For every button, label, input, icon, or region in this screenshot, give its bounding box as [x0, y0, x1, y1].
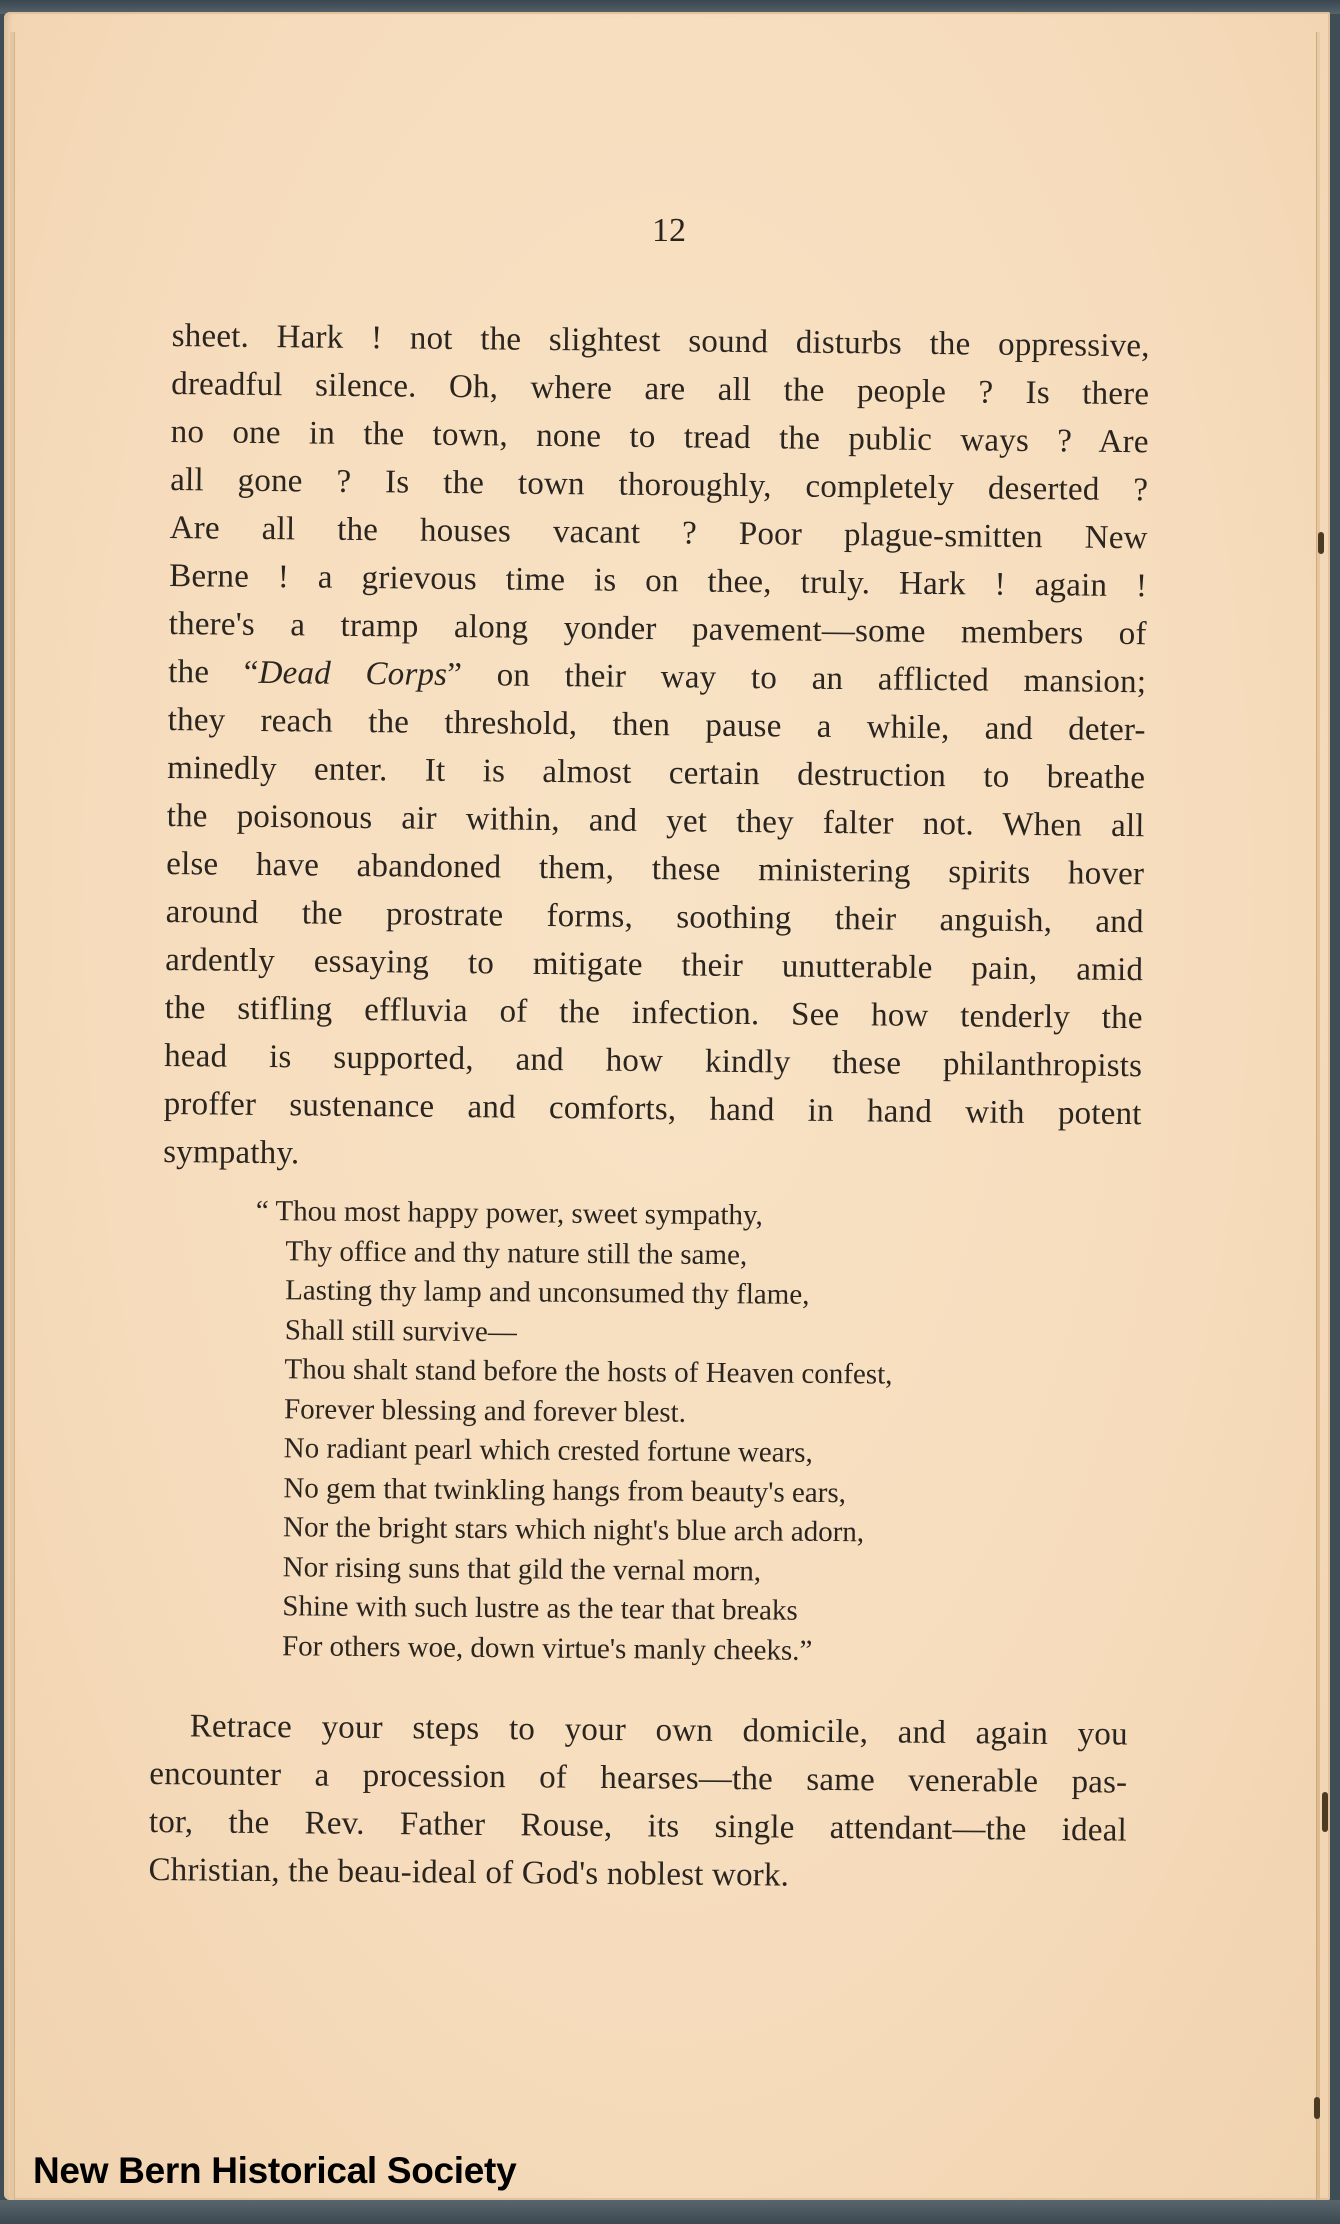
page-tear-mark-lower [1314, 2097, 1320, 2119]
text-line: sympathy. [163, 1128, 1141, 1186]
book-cover-bottom-edge [0, 2200, 1340, 2224]
poem-line: Shall still survive— [255, 1310, 893, 1355]
text-line: proffer sustenance and comforts, hand in… [163, 1080, 1141, 1138]
book-page: 12 sheet. Hark ! not the slightest sound… [4, 12, 1330, 2200]
poem-line: “ Thou most happy power, sweet sympathy, [256, 1192, 894, 1237]
poem-line: For others woe, down virtue's manly chee… [252, 1626, 890, 1671]
poem-line: Thou shalt stand before the hosts of Hea… [254, 1350, 892, 1395]
text-line: encounter a procession of hearses—the sa… [149, 1750, 1127, 1807]
poem-line: Nor rising suns that gild the vernal mor… [253, 1547, 891, 1592]
text-line: tor, the Rev. Father Rouse, its single a… [149, 1798, 1127, 1855]
text-fragment: the “ [168, 654, 259, 691]
watermark-new-bern-historical-society: New Bern Historical Society [33, 2150, 516, 2192]
text-line: Retrace your steps to your own domicile,… [150, 1702, 1128, 1759]
poem-quotation: “ Thou most happy power, sweet sympathy,… [252, 1192, 894, 1672]
page-tear-mark-upper [1318, 532, 1324, 554]
italic-phrase-dead-corps: Dead Corps [258, 655, 447, 693]
poem-line: Thy office and thy nature still the same… [255, 1231, 893, 1276]
page-right-edge [1316, 32, 1320, 2202]
prose-paragraph-2: Retrace your steps to your own domicile,… [148, 1702, 1128, 1903]
poem-line: No gem that twinkling hangs from beauty'… [253, 1468, 891, 1513]
poem-line: Shine with such lustre as the tear that … [252, 1587, 890, 1632]
page-tear-mark-middle [1322, 1792, 1328, 1832]
page-number: 12 [4, 212, 1334, 250]
text-line: Christian, the beau-ideal of God's noble… [148, 1846, 1126, 1903]
poem-line: No radiant pearl which crested fortune w… [254, 1429, 892, 1474]
poem-line: Lasting thy lamp and unconsumed thy flam… [255, 1271, 893, 1316]
text-fragment: ” on their way to an afflicted mansion; [447, 657, 1146, 700]
poem-line: Nor the bright stars which night's blue … [253, 1508, 891, 1553]
poem-line: Forever blessing and forever blest. [254, 1389, 892, 1434]
prose-paragraph-1: sheet. Hark ! not the slightest sound di… [163, 312, 1150, 1186]
page-left-edge [10, 32, 15, 2202]
